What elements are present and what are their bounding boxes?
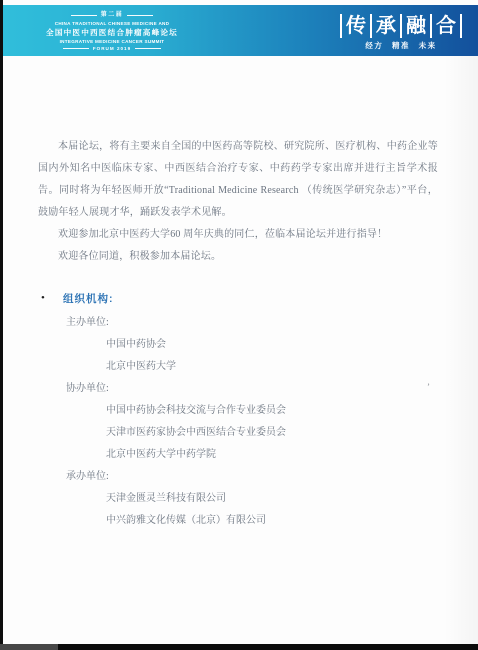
org-item: 中兴韵雅文化传媒（北京）有限公司: [106, 510, 438, 532]
brand-char: 合: [430, 14, 460, 38]
logo-english-line2: INTEGRATIVE MEDICINE CANCER SUMMIT: [27, 38, 197, 45]
section-heading-organization: • 组织机构:: [38, 290, 438, 306]
org-group-label-organizer: 承办单位:: [66, 466, 438, 488]
scan-shading: [444, 56, 478, 644]
bullet-icon: •: [41, 293, 51, 304]
scan-artifact-mark: ’: [427, 382, 430, 392]
scan-edge-bottom-left: [0, 644, 58, 650]
org-item: 中国中药协会: [106, 334, 438, 356]
document-body: 本届论坛，将有主要来自全国的中医药高等院校、研究院所、医疗机构、中药企业等国内外…: [38, 136, 438, 532]
org-item: 北京中医药大学中药学院: [106, 444, 438, 466]
org-item: 天津市医药家协会中西医结合专业委员会: [106, 422, 438, 444]
organization-list: 主办单位: 中国中药协会 北京中医药大学 协办单位: 中国中药协会科技交流与合作…: [38, 312, 438, 532]
welcome-paragraph-2: 欢迎各位同道，积极参加本届论坛。: [38, 246, 438, 268]
brand-subtitle: 经方 精准 未来: [340, 40, 462, 51]
logo-english-line1: CHINA TRADITIONAL CHINESE MEDICINE AND: [27, 20, 197, 27]
brand-slogan-block: 传 承 融 合 经方 精准 未来: [340, 14, 462, 51]
intro-paragraph: 本届论坛，将有主要来自全国的中医药高等院校、研究院所、医疗机构、中药企业等国内外…: [38, 136, 438, 224]
logo-edition-row: 第二届: [27, 11, 197, 19]
logo-edition: 第二届: [101, 11, 124, 19]
org-item: 中国中药协会科技交流与合作专业委员会: [106, 400, 438, 422]
summit-logo: 第二届 CHINA TRADITIONAL CHINESE MEDICINE A…: [27, 11, 197, 52]
logo-forum-year: FORUM 2019: [93, 45, 131, 52]
logo-forum-row: FORUM 2019: [27, 45, 197, 52]
rule-line: [135, 48, 161, 49]
summit-header-banner: 第二届 CHINA TRADITIONAL CHINESE MEDICINE A…: [3, 5, 478, 56]
org-group-label-cohost: 协办单位:: [66, 378, 438, 400]
scan-edge-left: [0, 0, 3, 650]
org-group-label-host: 主办单位:: [66, 312, 438, 334]
scanned-document-page: 第二届 CHINA TRADITIONAL CHINESE MEDICINE A…: [0, 0, 478, 650]
rule-line: [63, 48, 89, 49]
welcome-paragraph-1: 欢迎参加北京中医药大学60 周年庆典的同仁，莅临本届论坛并进行指导！: [38, 224, 438, 246]
brand-title: 传 承 融 合: [340, 14, 462, 38]
brand-char: 承: [370, 14, 400, 38]
section-heading-text: 组织机构:: [63, 291, 114, 306]
rule-line: [127, 15, 153, 16]
logo-chinese-title: 全国中医中西医结合肿瘤高峰论坛: [27, 28, 197, 37]
scan-edge-bottom: [0, 644, 478, 650]
rule-line: [71, 15, 97, 16]
org-item: 天津金匮灵兰科技有限公司: [106, 488, 438, 510]
brand-char: 传: [340, 14, 370, 38]
brand-char: 融: [400, 14, 430, 38]
org-item: 北京中医药大学: [106, 356, 438, 378]
